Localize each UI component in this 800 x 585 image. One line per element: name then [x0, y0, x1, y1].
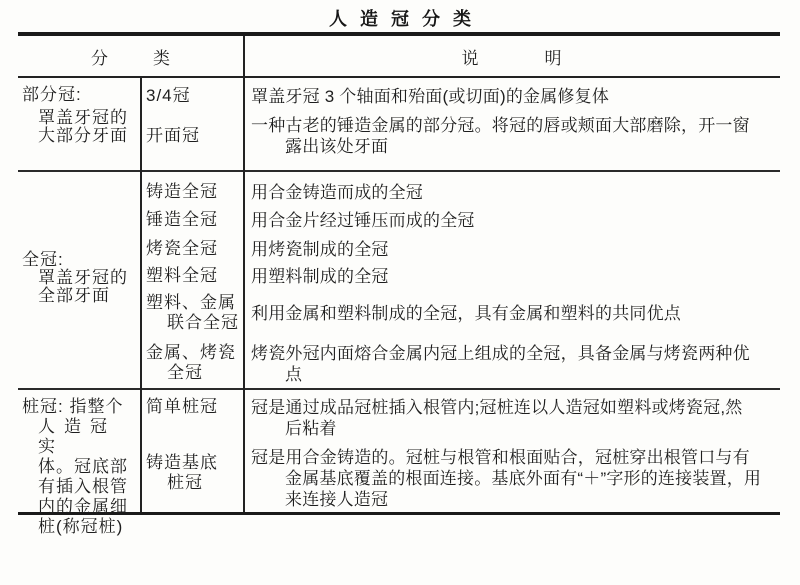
description-cell: 利用金属和塑料制成的全冠，具有金属和塑料的共同优点: [243, 303, 780, 324]
section-rows: 3/4冠 罩盖牙冠 3 个轴面和殆面(或切面)的金属修复体 开面冠 一种古老的锤…: [140, 78, 780, 170]
term-line: 金属、烤瓷: [146, 343, 243, 363]
table-row: 锤造全冠 用合金片经过锤压而成的全冠: [140, 210, 780, 231]
term-line: 3/4冠: [146, 86, 243, 106]
table-row: 塑料全冠 用塑料制成的全冠: [140, 266, 780, 287]
category-line: 罩盖牙冠的: [22, 269, 140, 287]
term-cell: 铸造基底 桩冠: [140, 447, 243, 493]
category-line: 内的金属细: [22, 497, 140, 517]
category-line: 桩冠: 指整个: [22, 397, 140, 417]
category-line: 人造冠实: [22, 417, 140, 457]
term-cell: 铸造全冠: [140, 182, 243, 202]
description-cell: 一种古老的锤造金属的部分冠。将冠的唇或颊面大部磨除，开一窗 露出该处牙面: [243, 115, 780, 157]
term-line: 塑料全冠: [146, 266, 243, 286]
section-post-crown: 桩冠: 指整个 人造冠实 体。冠底部 有插入根管 内的金属细 桩(称冠桩) 简单…: [18, 390, 780, 512]
term-line: 简单桩冠: [146, 397, 243, 417]
term-cell: 锤造全冠: [140, 210, 243, 230]
table-row: 铸造基底 桩冠 冠是用合金铸造的。冠桩与根管和根面贴合，冠桩穿出根管口与有 金属…: [140, 447, 780, 510]
section-partial-crown: 部分冠: 罩盖牙冠的 大部分牙面 3/4冠 罩盖牙冠 3 个轴面和殆面(或切面)…: [18, 78, 780, 172]
term-line: 烤瓷全冠: [146, 239, 243, 259]
column-divider-term-description: [243, 36, 245, 512]
term-line: 铸造基底: [146, 453, 243, 473]
page-title: 人造冠分类: [0, 5, 800, 31]
category-line: 部分冠:: [22, 86, 140, 104]
header-cell-classification: 分类: [18, 44, 243, 69]
term-line: 全冠: [146, 363, 243, 383]
term-cell: 简单桩冠: [140, 397, 243, 417]
table-row: 开面冠 一种古老的锤造金属的部分冠。将冠的唇或颊面大部磨除，开一窗 露出该处牙面: [140, 115, 780, 157]
column-divider-category-term: [140, 78, 142, 512]
table-row: 金属、烤瓷 全冠 烤瓷外冠内面熔合金属内冠上组成的全冠，具备金属与烤瓷两种优 点: [140, 343, 780, 385]
category-cell: 桩冠: 指整个 人造冠实 体。冠底部 有插入根管 内的金属细 桩(称冠桩): [18, 390, 140, 512]
section-full-crown: 全冠: 罩盖牙冠的 全部牙面 铸造全冠 用合金铸造而成的全冠 锤造全冠 用合金片…: [18, 172, 780, 390]
description-cell: 用烤瓷制成的全冠: [243, 239, 780, 260]
crown-classification-table: 分类 说明 部分冠: 罩盖牙冠的 大部分牙面 3/4冠 罩盖牙冠 3 个轴面和殆…: [18, 32, 780, 515]
term-cell: 塑料、金属 联合全冠: [140, 293, 243, 333]
term-line: 桩冠: [146, 473, 243, 493]
description-cell: 用合金铸造而成的全冠: [243, 182, 780, 203]
term-line: 锤造全冠: [146, 210, 243, 230]
term-line: 铸造全冠: [146, 182, 243, 202]
category-line: 大部分牙面: [22, 127, 140, 145]
table-row: 铸造全冠 用合金铸造而成的全冠: [140, 182, 780, 203]
description-cell: 烤瓷外冠内面熔合金属内冠上组成的全冠，具备金属与烤瓷两种优 点: [243, 343, 780, 385]
term-cell: 3/4冠: [140, 86, 243, 106]
section-rows: 简单桩冠 冠是通过成品冠桩插入根管内;冠桩连以人造冠如塑料或烤瓷冠,然 后粘着 …: [140, 390, 780, 512]
table-row: 简单桩冠 冠是通过成品冠桩插入根管内;冠桩连以人造冠如塑料或烤瓷冠,然 后粘着: [140, 397, 780, 439]
header-cell-description: 说明: [243, 44, 780, 69]
category-cell: 全冠: 罩盖牙冠的 全部牙面: [18, 172, 140, 388]
term-line: 联合全冠: [146, 313, 243, 333]
category-line: 全冠:: [22, 251, 140, 269]
scanned-page: 人造冠分类 分类 说明 部分冠: 罩盖牙冠的 大部分牙面 3/4冠 罩盖牙冠 3…: [0, 0, 800, 585]
description-cell: 冠是用合金铸造的。冠桩与根管和根面贴合，冠桩穿出根管口与有 金属基底覆盖的根面连…: [243, 447, 780, 510]
term-line: 开面冠: [146, 126, 243, 146]
description-cell: 用合金片经过锤压而成的全冠: [243, 210, 780, 231]
category-cell: 部分冠: 罩盖牙冠的 大部分牙面: [18, 78, 140, 170]
category-line: 有插入根管: [22, 477, 140, 497]
table-header-row: 分类 说明: [18, 36, 780, 78]
term-line: 塑料、金属: [146, 293, 243, 313]
description-cell: 冠是通过成品冠桩插入根管内;冠桩连以人造冠如塑料或烤瓷冠,然 后粘着: [243, 397, 780, 439]
description-cell: 罩盖牙冠 3 个轴面和殆面(或切面)的金属修复体: [243, 86, 780, 107]
description-cell: 用塑料制成的全冠: [243, 266, 780, 287]
category-line: 桩(称冠桩): [22, 517, 140, 537]
section-rows: 铸造全冠 用合金铸造而成的全冠 锤造全冠 用合金片经过锤压而成的全冠 烤瓷全冠 …: [140, 172, 780, 388]
category-line: 罩盖牙冠的: [22, 109, 140, 127]
term-cell: 开面冠: [140, 126, 243, 146]
table-row: 烤瓷全冠 用烤瓷制成的全冠: [140, 239, 780, 260]
table-row: 3/4冠 罩盖牙冠 3 个轴面和殆面(或切面)的金属修复体: [140, 86, 780, 107]
category-line: 体。冠底部: [22, 457, 140, 477]
term-cell: 金属、烤瓷 全冠: [140, 343, 243, 383]
category-line: 全部牙面: [22, 287, 140, 305]
term-cell: 塑料全冠: [140, 266, 243, 286]
term-cell: 烤瓷全冠: [140, 239, 243, 259]
table-row: 塑料、金属 联合全冠 利用金属和塑料制成的全冠，具有金属和塑料的共同优点: [140, 293, 780, 333]
